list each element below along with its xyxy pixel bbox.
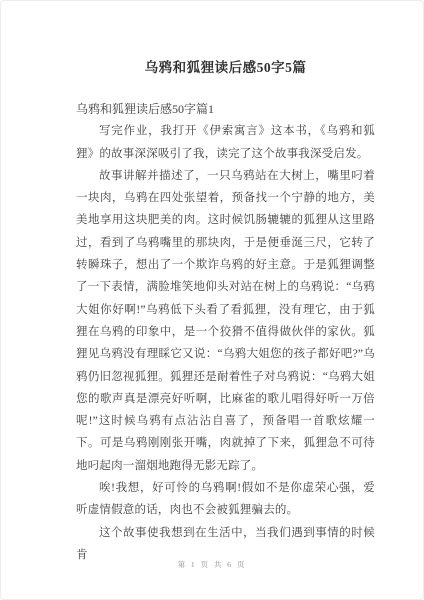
essay-paragraph: 故事讲解并描述了，一只乌鸦站在大树上，嘴里叼着一块肉，乌鸦在四处张望着，预备找一… <box>76 165 375 477</box>
section-heading: 乌鸦和狐狸读后感50字篇1 <box>76 98 375 120</box>
document-content: 乌鸦和狐狸读后感50字5篇 乌鸦和狐狸读后感50字篇1 写完作业，我打开《伊索寓… <box>1 1 423 566</box>
essay-paragraph: 唉!我想，好可怜的乌鸦啊!假如不是你虚荣心强，爱听虚情假意的话，肉也不会被狐狸骗… <box>76 477 375 522</box>
page-number-footer: 第 1 页 共 6 页 <box>1 559 423 570</box>
essay-paragraph: 写完作业，我打开《伊索寓言》这本书，《乌鸦和狐狸》的故事深深吸引了我，读完了这个… <box>76 120 375 165</box>
document-title: 乌鸦和狐狸读后感50字5篇 <box>76 58 375 77</box>
document-page: 乌鸦和狐狸读后感50字5篇 乌鸦和狐狸读后感50字篇1 写完作业，我打开《伊索寓… <box>0 0 424 600</box>
essay-body: 写完作业，我打开《伊索寓言》这本书，《乌鸦和狐狸》的故事深深吸引了我，读完了这个… <box>76 120 375 566</box>
